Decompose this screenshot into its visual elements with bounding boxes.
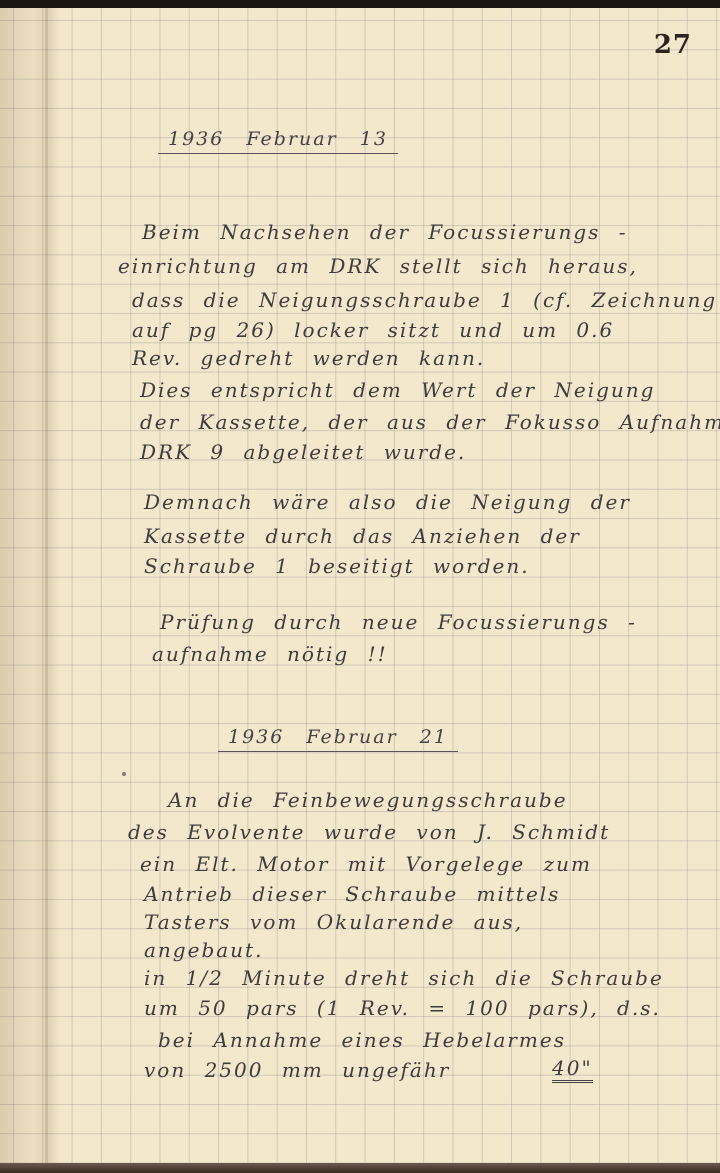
binding-gutter-shadow — [0, 8, 60, 1163]
entry-2-line-5: Tasters vom Okularende aus, — [144, 910, 523, 934]
entry-1-year: 1936 — [168, 128, 224, 150]
page-bottom-edge — [0, 1163, 720, 1173]
entry-2-line-1: An die Feinbewegungsschraube — [168, 788, 568, 812]
entry-2-date-header: 1936 Februar 21 — [218, 726, 458, 752]
page-top-edge — [0, 0, 720, 8]
entry-2-line-4: Antrieb dieser Schraube mittels — [144, 882, 560, 906]
entry-1-line-11: Schraube 1 beseitigt worden. — [144, 554, 530, 578]
entry-2-line-6: angebaut. — [144, 938, 263, 962]
entry-1-line-8: DRK 9 abgeleitet wurde. — [140, 440, 466, 464]
entry-1-line-1: Beim Nachsehen der Focussierungs - — [142, 220, 628, 244]
entry-1-line-7: der Kassette, der aus der Fokusso Aufnah… — [140, 410, 720, 434]
notebook-page: 27 1936 Februar 13 Beim Nachsehen der Fo… — [0, 8, 720, 1163]
entry-2-year: 1936 — [228, 726, 284, 748]
entry-1-line-2: einrichtung am DRK stellt sich heraus, — [118, 254, 638, 278]
binding-fold-line — [45, 8, 48, 1163]
entry-1-line-3: dass die Neigungsschraube 1 (cf. Zeichnu… — [132, 288, 717, 312]
entry-1-line-10: Kassette durch das Anziehen der — [144, 524, 581, 548]
entry-2-date: Februar 21 — [306, 726, 448, 748]
entry-2-line-9: bei Annahme eines Hebelarmes — [158, 1028, 566, 1052]
entry-2-line-7: in 1/2 Minute dreht sich die Schraube — [144, 966, 664, 990]
entry-1-date: Februar 13 — [246, 128, 388, 150]
entry-2-line-10: von 2500 mm ungefähr — [144, 1058, 450, 1082]
entry-1-line-5: Rev. gedreht werden kann. — [132, 346, 485, 370]
entry-1-date-header: 1936 Februar 13 — [158, 128, 398, 154]
entry-2-line-2: des Evolvente wurde von J. Schmidt — [128, 820, 610, 844]
entry-1-line-12: Prüfung durch neue Focussierungs - — [160, 610, 637, 634]
ink-dot — [122, 772, 126, 776]
entry-1-line-13: aufnahme nötig !! — [152, 642, 388, 666]
entry-1-line-6: Dies entspricht dem Wert der Neigung — [140, 378, 655, 402]
entry-1-line-9: Demnach wäre also die Neigung der — [144, 490, 631, 514]
entry-2-line-3: ein Elt. Motor mit Vorgelege zum — [140, 852, 592, 876]
page-number: 27 — [654, 30, 692, 60]
entry-2-line-8: um 50 pars (1 Rev. = 100 pars), d.s. — [144, 996, 661, 1020]
entry-1-line-4: auf pg 26) locker sitzt und um 0.6 — [132, 318, 614, 342]
result-value-40-arcsec: 40" — [552, 1056, 593, 1083]
